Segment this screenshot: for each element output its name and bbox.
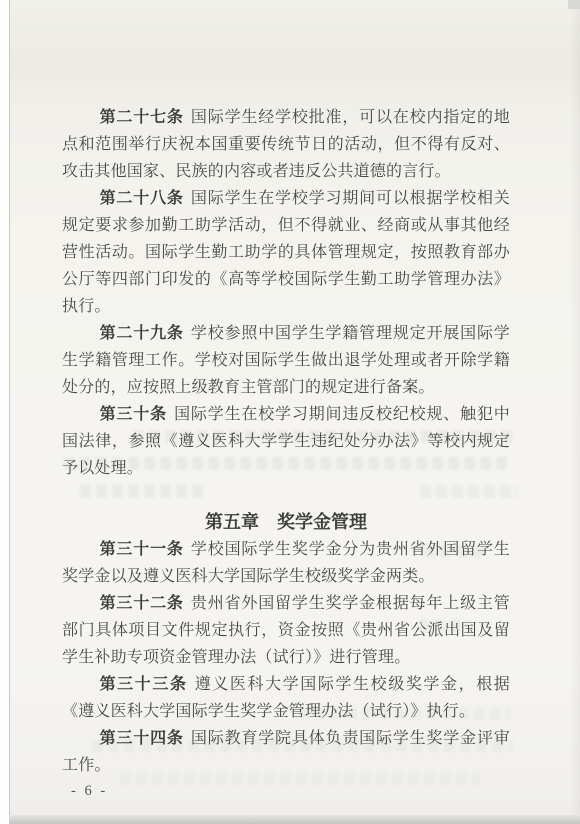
article-text: 国际学生在学校学习期间可以根据学校相关规定要求参加勤工助学活动，但不得就业、经商… — [62, 190, 510, 315]
article-paragraph: 第三十四条国际教育学院具体负责国际学生奖学金评审工作。 — [62, 725, 510, 779]
scan-left-edge — [0, 0, 10, 824]
article-paragraph: 第三十二条贵州省外国留学生奖学金根据每年上级主管部门具体项目文件规定执行，资金按… — [62, 590, 510, 671]
document-body: 第二十七条国际学生经学校批准，可以在校内指定的地点和范围举行庆祝本国重要传统节日… — [62, 104, 510, 779]
article-number: 第三十四条 — [100, 730, 184, 747]
page-number: - 6 - — [71, 783, 108, 800]
paper-right-shade — [570, 0, 580, 824]
article-number: 第二十七条 — [100, 109, 184, 126]
article-number: 第三十条 — [100, 406, 167, 423]
article-paragraph: 第二十九条学校参照中国学生学籍管理规定开展国际学生学籍管理工作。学校对国际学生做… — [62, 320, 510, 401]
scan-bottom-edge — [9, 815, 580, 824]
article-paragraph: 第二十八条国际学生在学校学习期间可以根据学校相关规定要求参加勤工助学活动，但不得… — [62, 185, 510, 320]
article-paragraph: 第二十七条国际学生经学校批准，可以在校内指定的地点和范围举行庆祝本国重要传统节日… — [62, 104, 510, 185]
article-paragraph: 第三十一条学校国际学生奖学金分为贵州省外国留学生奖学金以及遵义医科大学国际学生校… — [62, 536, 510, 590]
chapter-heading: 第五章 奖学金管理 — [62, 509, 510, 536]
article-number: 第三十二条 — [100, 595, 184, 612]
article-number: 第二十九条 — [100, 325, 184, 342]
article-number: 第三十三条 — [100, 676, 188, 693]
scan-corner-mark — [568, 0, 580, 9]
article-number: 第三十一条 — [100, 541, 184, 558]
article-number: 第二十八条 — [100, 190, 184, 207]
article-paragraph: 第三十三条遵义医科大学国际学生校级奖学金，根据《遵义医科大学国际学生奖学金管理办… — [62, 671, 510, 725]
article-paragraph: 第三十条国际学生在校学习期间违反校纪校规、触犯中国法律，参照《遵义医科大学学生违… — [62, 401, 510, 482]
